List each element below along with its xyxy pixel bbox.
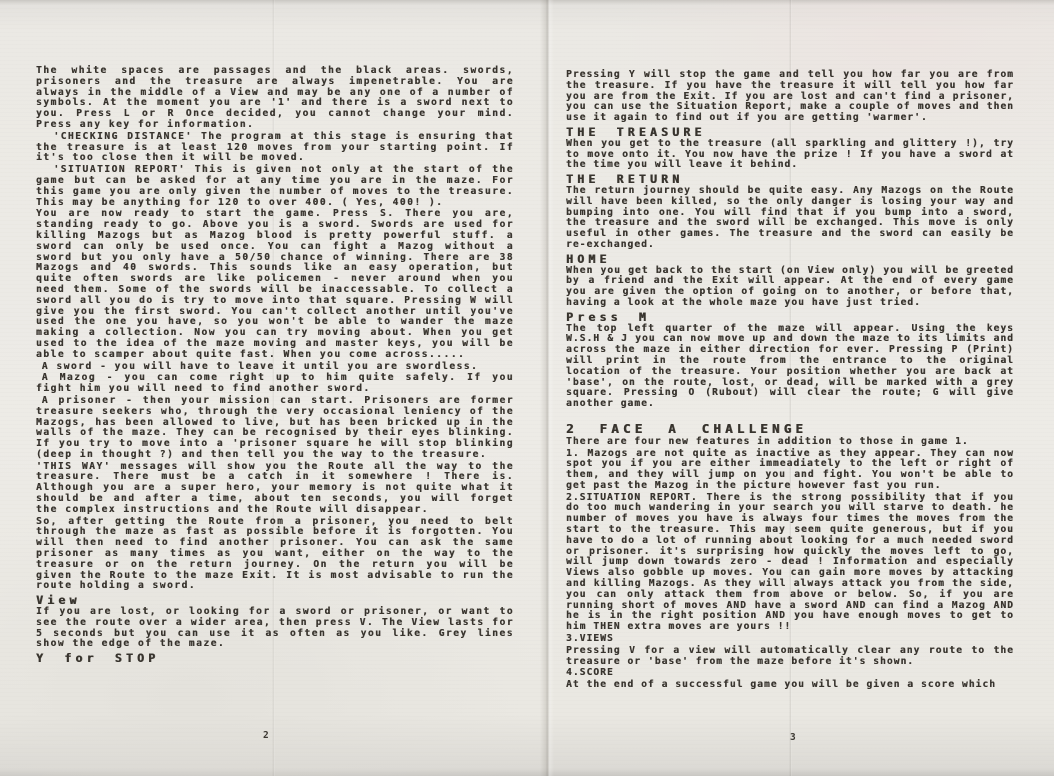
paragraph: You are now ready to start the game. Pre… <box>36 209 514 360</box>
section-heading: View <box>36 595 514 606</box>
paragraph: A Mazog - you can come right up to him q… <box>36 373 514 395</box>
paragraph: 3.VIEWS <box>566 634 1014 645</box>
page-number-right: 3 <box>790 732 796 743</box>
paragraph: Pressing V for a view will automatically… <box>566 646 1014 668</box>
section-heading: THE RETURN <box>566 174 1014 185</box>
paragraph: The white spaces are passages and the bl… <box>36 66 514 131</box>
scan-edge-shadow <box>0 0 1054 5</box>
paragraph: So, after getting the Route from a priso… <box>36 517 514 593</box>
paragraph: The return journey should be quite easy.… <box>566 186 1014 251</box>
paragraph: Pressing Y will stop the game and tell y… <box>566 70 1014 124</box>
paragraph: 2.SITUATION REPORT. There is the strong … <box>566 493 1014 633</box>
section-heading: 2 FACE A CHALLENGE <box>566 424 1014 435</box>
section-heading: Y for STOP <box>36 653 514 664</box>
paragraph: When you get back to the start (on View … <box>566 266 1014 309</box>
paragraph: When you get to the treasure (all sparkl… <box>566 139 1014 171</box>
paragraph: 'THIS WAY' messages will show you the Ro… <box>36 462 514 516</box>
paragraph: At the end of a successful game you will… <box>566 680 1014 691</box>
paragraph: The top left quarter of the maze will ap… <box>566 324 1014 410</box>
page-right-text: Pressing Y will stop the game and tell y… <box>566 70 1014 692</box>
section-heading: HOME <box>566 254 1014 265</box>
paragraph: 'CHECKING DISTANCE' The program at this … <box>36 132 514 164</box>
manual-spread: The white spaces are passages and the bl… <box>0 0 1054 776</box>
paragraph: There are four new features in addition … <box>566 437 1014 448</box>
paragraph: A prisoner - then your mission can start… <box>36 396 514 461</box>
section-heading: Press M <box>566 312 1014 323</box>
paragraph: 4.SCORE <box>566 668 1014 679</box>
paragraph: A sword - you will have to leave it unti… <box>36 362 514 373</box>
paragraph: 'SITUATION REPORT' This is given not onl… <box>36 165 514 208</box>
paragraph: If you are lost, or looking for a sword … <box>36 607 514 650</box>
page-number-left: 2 <box>263 730 269 741</box>
section-heading: THE TREASURE <box>566 127 1014 138</box>
page-left-text: The white spaces are passages and the bl… <box>36 66 514 665</box>
page-spine-shadow <box>540 0 554 776</box>
paragraph: 1. Mazogs are not quite as inactive as t… <box>566 449 1014 492</box>
